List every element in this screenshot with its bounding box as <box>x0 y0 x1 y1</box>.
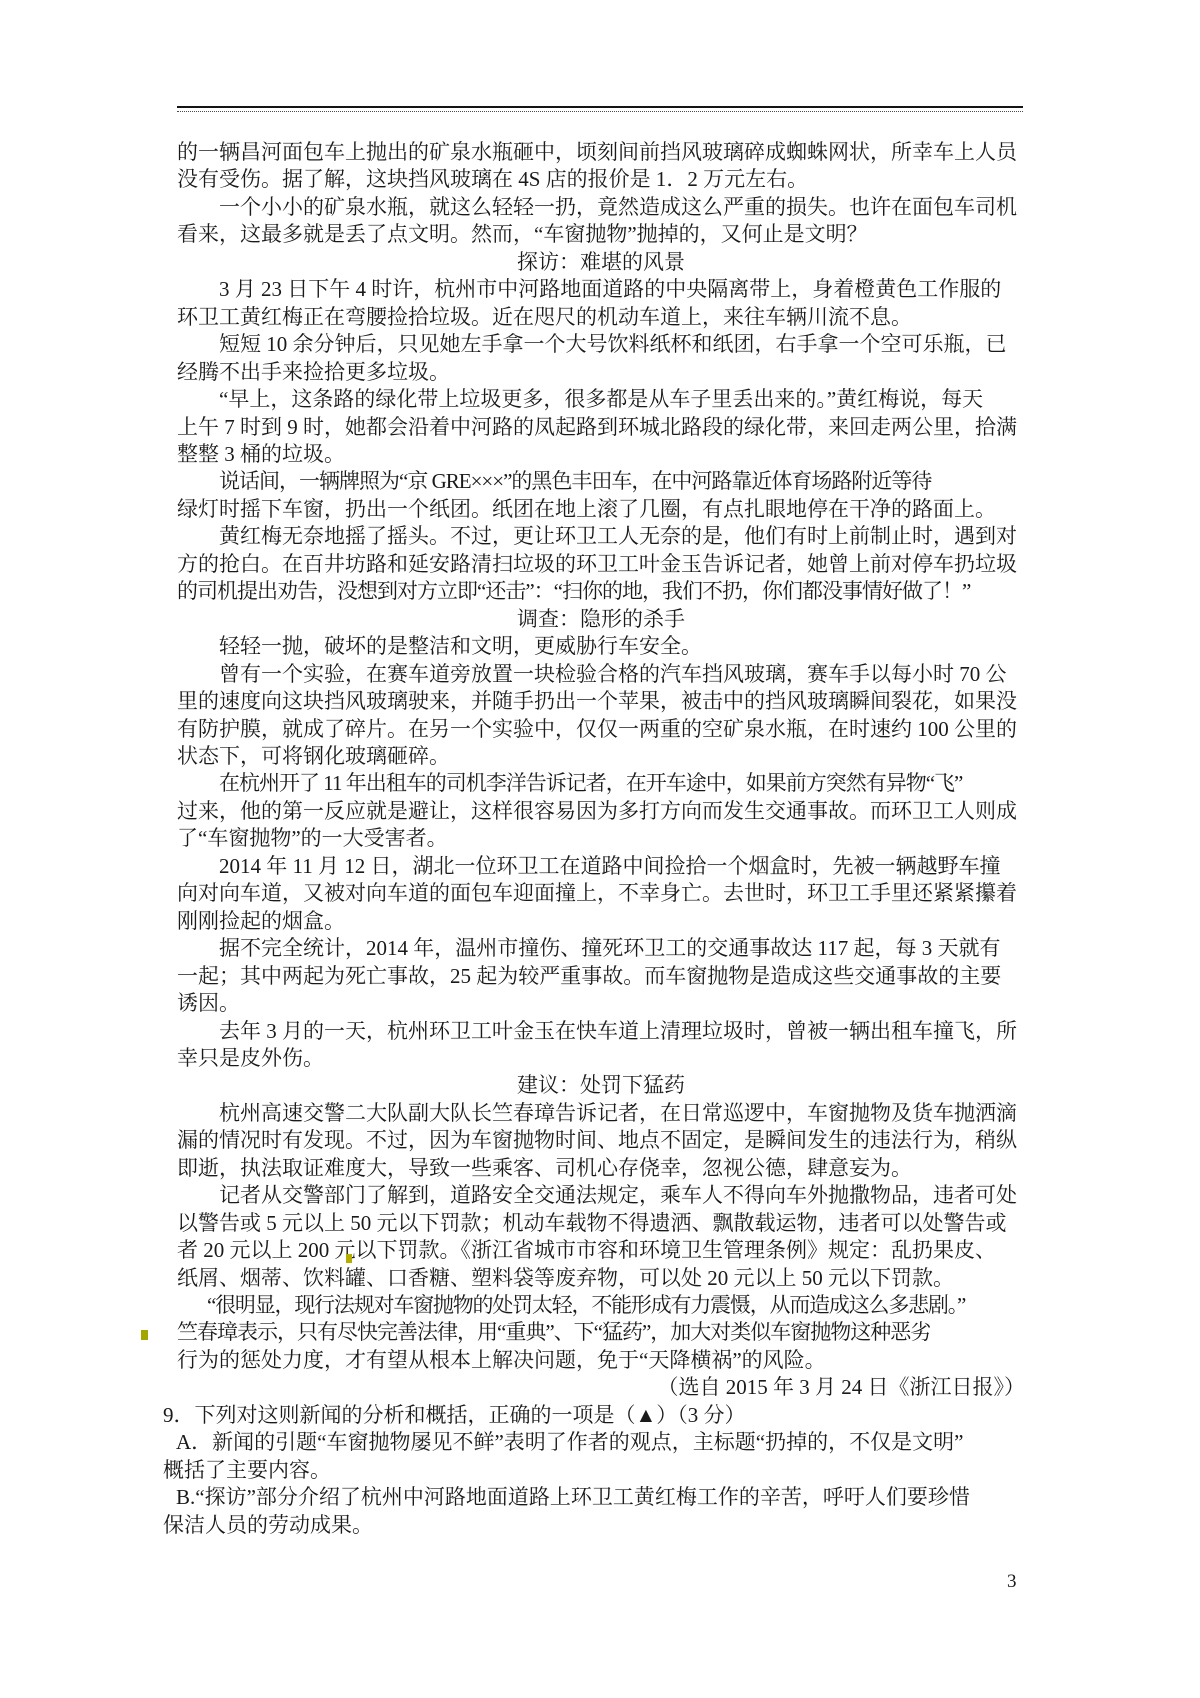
passage-line: 绿灯时摇下车窗，扔出一个纸团。纸团在地上滚了几圈，有点扎眼地停在干净的路面上。 <box>177 496 1025 523</box>
question-block: 9．下列对这则新闻的分析和概括，正确的一项是（▲）（3 分）A．新闻的引题“车窗… <box>163 1402 1025 1539</box>
passage-line: 者 20 元以上 200 元以下罚款。《浙江省城市市容和环境卫生管理条例》规定：… <box>177 1237 1025 1264</box>
passage-line: 刚刚捡起的烟盒。 <box>177 908 1025 935</box>
passage-line: 经腾不出手来捡拾更多垃圾。 <box>177 359 1025 386</box>
passage-line: 说话间，一辆牌照为“京 GRE×××”的黑色丰田车，在中河路靠近体育场路附近等待 <box>177 468 1025 495</box>
question-line: 保洁人员的劳动成果。 <box>163 1512 1025 1539</box>
passage-line: 上午 7 时到 9 时，她都会沿着中河路的凤起路到环城北路段的绿化带，来回走两公… <box>177 414 1025 441</box>
question-line: 概括了主要内容。 <box>163 1457 1025 1484</box>
passage-line: 杭州高速交警二大队副大队长竺春璋告诉记者，在日常巡逻中，车窗抛物及货车抛洒滴 <box>177 1100 1025 1127</box>
page-number: 3 <box>1007 1571 1017 1593</box>
passage-line: “早上，这条路的绿化带上垃圾更多，很多都是从车子里丢出来的。”黄红梅说，每天 <box>177 386 1025 413</box>
passage-line: 的一辆昌河面包车上抛出的矿泉水瓶砸中，顷刻间前挡风玻璃碎成蜘蛛网状，所幸车上人员 <box>177 139 1025 166</box>
passage-line: 状态下，可将钢化玻璃砸碎。 <box>177 743 1025 770</box>
passage-line: 没有受伤。据了解，这块挡风玻璃在 4S 店的报价是 1．2 万元左右。 <box>177 166 1025 193</box>
passage-line: 一个小小的矿泉水瓶，就这么轻轻一扔，竟然造成这么严重的损失。也许在面包车司机 <box>177 194 1025 221</box>
passage-line: 曾有一个实验，在赛车道旁放置一块检验合格的汽车挡风玻璃，赛车手以每小时 70 公 <box>177 661 1025 688</box>
passage-line: 有防护膜，就成了碎片。在另一个实验中，仅仅一两重的空矿泉水瓶，在时速约 100 … <box>177 716 1025 743</box>
question-line: A．新闻的引题“车窗抛物屡见不鲜”表明了作者的观点，主标题“扔掉的，不仅是文明” <box>163 1429 1025 1456</box>
passage-line: “很明显，现行法规对车窗抛物的处罚太轻，不能形成有力震慑，从而造成这么多悲剧。” <box>177 1292 1025 1319</box>
question-line: B.“探访”部分介绍了杭州中河路地面道路上环卫工黄红梅工作的辛苦，呼吁人们要珍惜 <box>163 1484 1025 1511</box>
passage-line: 过来，他的第一反应就是避让，这样很容易因为多打方向而发生交通事故。而环卫工人则成 <box>177 798 1025 825</box>
news-article-passage: 的一辆昌河面包车上抛出的矿泉水瓶砸中，顷刻间前挡风玻璃碎成蜘蛛网状，所幸车上人员… <box>163 139 1025 1402</box>
passage-line: 黄红梅无奈地摇了摇头。不过，更让环卫工人无奈的是，他们有时上前制止时，遇到对 <box>177 523 1025 550</box>
passage-line: 方的抢白。在百井坊路和延安路清扫垃圾的环卫工叶金玉告诉记者，她曾上前对停车扔垃圾 <box>177 551 1025 578</box>
passage-line: 据不完全统计，2014 年，温州市撞伤、撞死环卫工的交通事故达 117 起，每 … <box>177 935 1025 962</box>
passage-line: 2014 年 11 月 12 日，湖北一位环卫工在道路中间捡拾一个烟盒时，先被一… <box>177 853 1025 880</box>
passage-line: 3 月 23 日下午 4 时许，杭州市中河路地面道路的中央隔离带上，身着橙黄色工… <box>177 276 1025 303</box>
passage-line: 建议：处罚下猛药 <box>177 1072 1025 1099</box>
passage-line: 竺春璋表示，只有尽快完善法律，用“重典”、下“猛药”，加大对类似车窗抛物这种恶劣 <box>177 1319 1025 1346</box>
passage-line: 一起；其中两起为死亡事故，25 起为较严重事故。而车窗抛物是造成这些交通事故的主… <box>177 963 1025 990</box>
passage-line: 行为的惩处力度，才有望从根本上解决问题，免于“天降横祸”的风险。 <box>177 1347 1025 1374</box>
passage-line: 短短 10 余分钟后，只见她左手拿一个大号饮料纸杯和纸团，右手拿一个空可乐瓶，已 <box>177 331 1025 358</box>
header-rule <box>177 106 1023 112</box>
scan-speck <box>141 1330 148 1340</box>
passage-line: 在杭州开了 11 年出租车的司机李洋告诉记者，在开车途中，如果前方突然有异物“飞… <box>177 770 1025 797</box>
passage-line: 环卫工黄红梅正在弯腰捡拾垃圾。近在咫尺的机动车道上，来往车辆川流不息。 <box>177 304 1025 331</box>
passage-line: 了“车窗抛物”的一大受害者。 <box>177 825 1025 852</box>
passage-line: 轻轻一抛，破坏的是整洁和文明，更威胁行车安全。 <box>177 633 1025 660</box>
passage-line: 向对向车道，又被对向车道的面包车迎面撞上，不幸身亡。去世时，环卫工手里还紧紧攥着 <box>177 880 1025 907</box>
passage-line: 以警告或 5 元以上 50 元以下罚款；机动车载物不得遗洒、飘散载运物，违者可以… <box>177 1210 1025 1237</box>
passage-line: （选自 2015 年 3 月 24 日《浙江日报》） <box>177 1374 1025 1401</box>
question-line: 9．下列对这则新闻的分析和概括，正确的一项是（▲）（3 分） <box>163 1402 1025 1429</box>
passage-line: 纸屑、烟蒂、饮料罐、口香糖、塑料袋等废弃物，可以处 20 元以上 50 元以下罚… <box>177 1265 1025 1292</box>
passage-line: 看来，这最多就是丢了点文明。然而，“车窗抛物”抛掉的，又何止是文明？ <box>177 221 1025 248</box>
passage-line: 记者从交警部门了解到，道路安全交通法规定，乘车人不得向车外抛撒物品，违者可处 <box>177 1182 1025 1209</box>
passage-line: 的司机提出劝告，没想到对方立即“还击”：“扫你的地，我们不扔，你们都没事情好做了… <box>177 578 1025 605</box>
passage-line: 幸只是皮外伤。 <box>177 1045 1025 1072</box>
passage-line: 调查：隐形的杀手 <box>177 606 1025 633</box>
passage-line: 去年 3 月的一天，杭州环卫工叶金玉在快车道上清理垃圾时，曾被一辆出租车撞飞，所 <box>177 1018 1025 1045</box>
passage-line: 诱因。 <box>177 990 1025 1017</box>
document-body: 的一辆昌河面包车上抛出的矿泉水瓶砸中，顷刻间前挡风玻璃碎成蜘蛛网状，所幸车上人员… <box>163 139 1025 1539</box>
passage-line: 探访：难堪的风景 <box>177 249 1025 276</box>
scanned-exam-page: { "document": { "passage_lines": [ {"sty… <box>0 0 1200 1698</box>
scan-speck <box>346 1254 352 1263</box>
passage-line: 即逝，执法取证难度大，导致一些乘客、司机心存侥幸，忽视公德，肆意妄为。 <box>177 1155 1025 1182</box>
passage-line: 里的速度向这块挡风玻璃驶来，并随手扔出一个苹果，被击中的挡风玻璃瞬间裂花，如果没 <box>177 688 1025 715</box>
passage-line: 整整 3 桶的垃圾。 <box>177 441 1025 468</box>
passage-line: 漏的情况时有发现。不过，因为车窗抛物时间、地点不固定，是瞬间发生的违法行为，稍纵 <box>177 1127 1025 1154</box>
